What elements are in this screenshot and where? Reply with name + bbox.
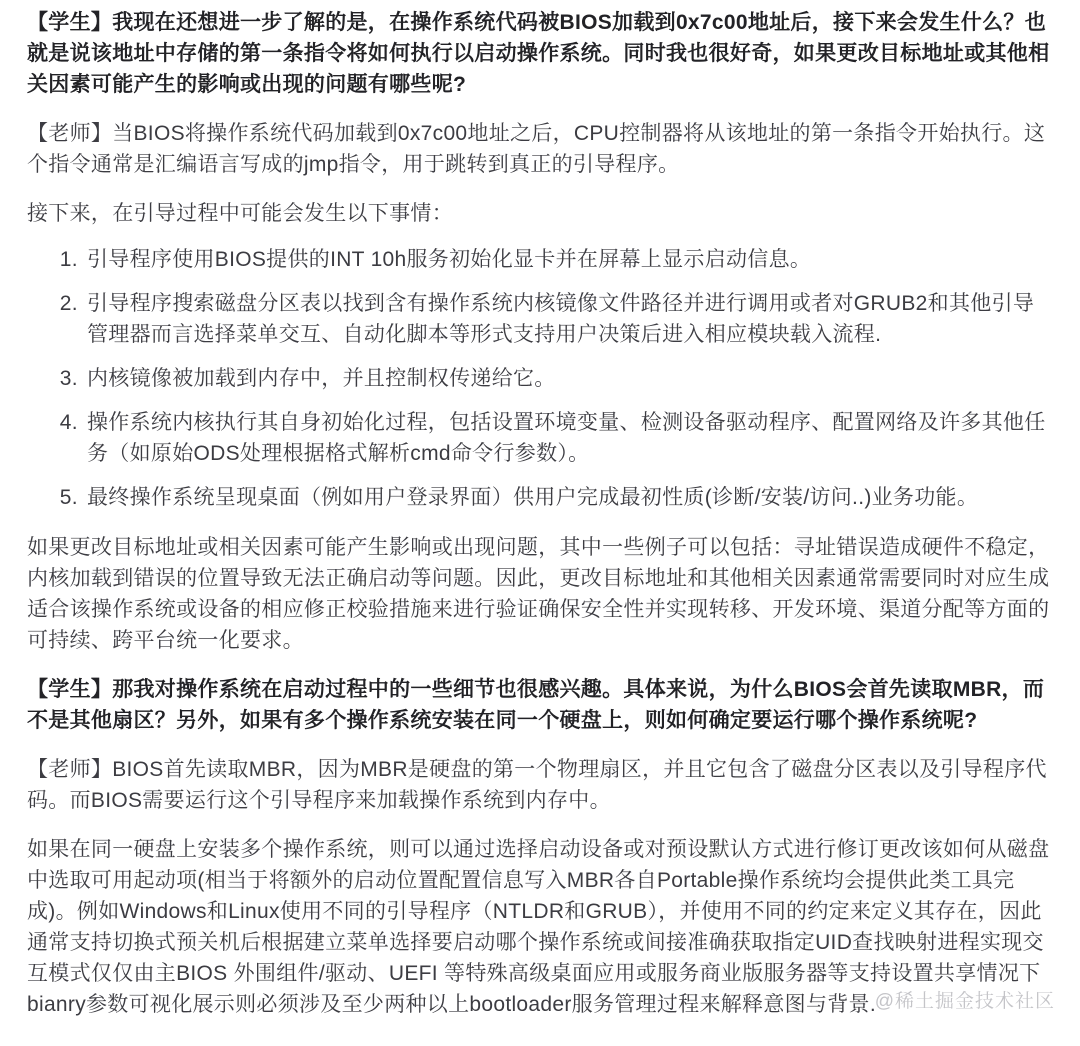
student-question-2: 【学生】那我对操作系统在启动过程中的一些细节也很感兴趣。具体来说，为什么BIOS… (27, 674, 1053, 736)
boot-steps-intro: 接下来，在引导过程中可能会发生以下事情： (27, 198, 1053, 229)
teacher-answer-2: 【老师】BIOS首先读取MBR，因为MBR是硬盘的第一个物理扇区，并且它包含了磁… (27, 754, 1053, 816)
boot-step-5: 最终操作系统呈现桌面（例如用户登录界面）供用户完成最初性质(诊断/安装/访问..… (84, 482, 1053, 513)
student-question-1: 【学生】我现在还想进一步了解的是，在操作系统代码被BIOS加载到0x7c00地址… (27, 7, 1053, 100)
impact-paragraph: 如果更改目标地址或相关因素可能产生影响或出现问题，其中一些例子可以包括：寻址错误… (27, 532, 1053, 656)
boot-step-1: 引导程序使用BIOS提供的INT 10h服务初始化显卡并在屏幕上显示启动信息。 (84, 244, 1053, 275)
article-content: 【学生】我现在还想进一步了解的是，在操作系统代码被BIOS加载到0x7c00地址… (0, 0, 1080, 1046)
boot-steps-list: 引导程序使用BIOS提供的INT 10h服务初始化显卡并在屏幕上显示启动信息。 … (27, 244, 1053, 513)
boot-step-2: 引导程序搜索磁盘分区表以找到含有操作系统内核镜像文件路径并进行调用或者对GRUB… (84, 288, 1053, 350)
boot-step-4: 操作系统内核执行其自身初始化过程，包括设置环境变量、检测设备驱动程序、配置网络及… (84, 407, 1053, 469)
multiboot-paragraph: 如果在同一硬盘上安装多个操作系统，则可以通过选择启动设备或对预设默认方式进行修订… (27, 834, 1053, 1020)
teacher-answer-1: 【老师】当BIOS将操作系统代码加载到0x7c00地址之后，CPU控制器将从该地… (27, 118, 1053, 180)
boot-step-3: 内核镜像被加载到内存中，并且控制权传递给它。 (84, 363, 1053, 394)
